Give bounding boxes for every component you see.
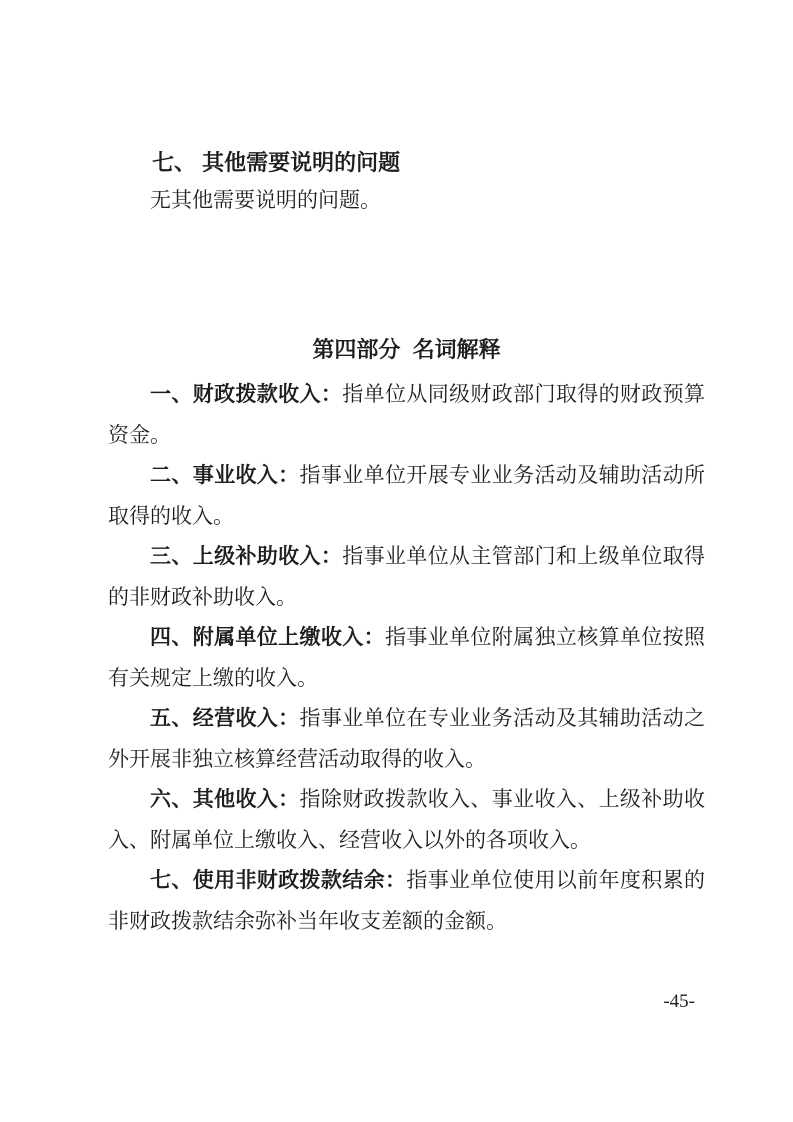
term-name: 二、事业收入： <box>150 464 300 487</box>
term-definitions-list: 一、财政拨款收入：指单位从同级财政部门取得的财政预算资金。 二、事业收入：指事业… <box>108 374 705 941</box>
term-paragraph: 一、财政拨款收入：指单位从同级财政部门取得的财政预算资金。 <box>108 374 705 455</box>
term-name: 五、经营收入： <box>150 707 300 730</box>
term-paragraph: 六、其他收入：指除财政拨款收入、事业收入、上级补助收入、附属单位上缴收入、经营收… <box>108 779 705 860</box>
page-content: 七、 其他需要说明的问题 无其他需要说明的问题。 第四部分 名词解释 一、财政拨… <box>108 0 705 941</box>
section-heading-other-issues: 七、 其他需要说明的问题 <box>108 146 705 180</box>
page-number: -45- <box>663 990 695 1014</box>
term-name: 三、上级补助收入： <box>150 545 342 568</box>
term-paragraph: 七、使用非财政拨款结余：指事业单位使用以前年度积累的非财政拨款结余弥补当年收支差… <box>108 860 705 941</box>
part-four-title: 第四部分 名词解释 <box>108 332 705 368</box>
term-paragraph: 四、附属单位上缴收入：指事业单位附属独立核算单位按照有关规定上缴的收入。 <box>108 617 705 698</box>
term-paragraph: 三、上级补助收入：指事业单位从主管部门和上级单位取得的非财政补助收入。 <box>108 536 705 617</box>
term-name: 六、其他收入： <box>150 788 300 811</box>
term-name: 四、附属单位上缴收入： <box>150 626 385 649</box>
document-page: 七、 其他需要说明的问题 无其他需要说明的问题。 第四部分 名词解释 一、财政拨… <box>0 0 793 1122</box>
term-name: 七、使用非财政拨款结余： <box>150 869 406 892</box>
term-paragraph: 五、经营收入：指事业单位在专业业务活动及其辅助活动之外开展非独立核算经营活动取得… <box>108 698 705 779</box>
term-name: 一、财政拨款收入： <box>150 383 342 406</box>
section-body-other-issues: 无其他需要说明的问题。 <box>108 180 705 220</box>
term-paragraph: 二、事业收入：指事业单位开展专业业务活动及辅助活动所取得的收入。 <box>108 455 705 536</box>
